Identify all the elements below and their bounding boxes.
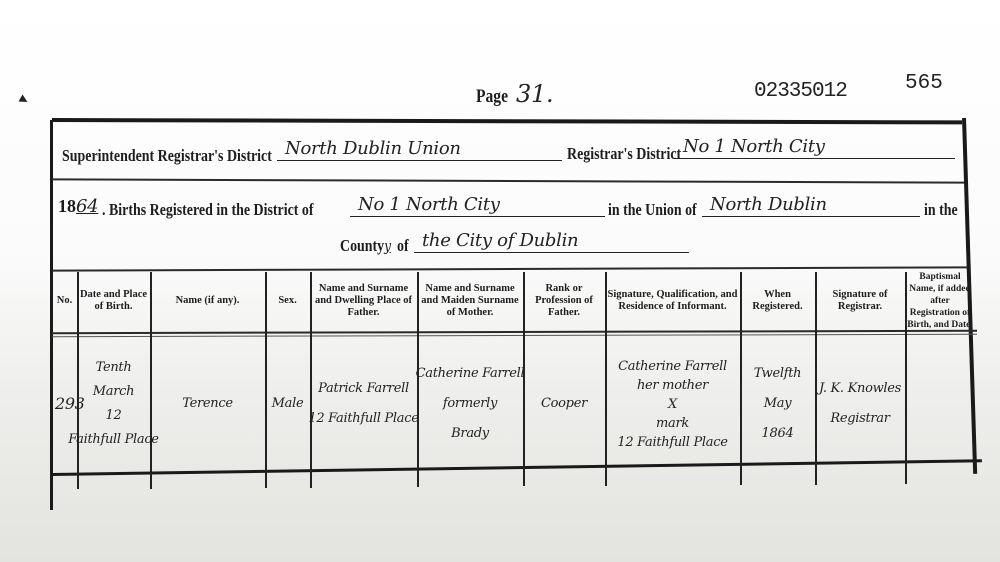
sex-text: Male — [272, 389, 304, 419]
when-registered-text: Twelfth — [754, 359, 802, 389]
column-header-label: Signature of Registrar. — [817, 289, 903, 313]
column-header-label: Sex. — [278, 295, 296, 307]
superintendent-district-field: North Dublin Union — [277, 136, 562, 161]
column-header-label: Name and Surname and Dwelling Place of F… — [312, 283, 415, 319]
cell-father-profession: Cooper — [526, 338, 602, 470]
mother-text: Brady — [451, 419, 489, 449]
year: 1864 — [58, 196, 98, 217]
cell-birth-date-place: TenthMarch12Faithfull Place — [80, 338, 147, 470]
column-header-label: No. — [57, 295, 72, 307]
cell-registrar-signature: J. K. KnowlesRegistrar — [818, 338, 902, 470]
father-text: 12 Faithfull Place — [308, 404, 418, 434]
divider — [52, 178, 964, 183]
mother-text: formerly — [443, 389, 497, 419]
registration-district-value: No 1 North City — [358, 194, 500, 215]
mother-text: Catherine Farrell — [416, 359, 525, 389]
when-registered-text: 1864 — [762, 419, 794, 449]
year-suffix: 64 — [76, 196, 98, 217]
cell-when-registered: TwelfthMay1864 — [743, 338, 812, 470]
union-label: in the Union of — [608, 200, 697, 220]
column-divider — [523, 272, 525, 486]
births-label: . Births Registered in the District of — [102, 200, 314, 220]
informant-text: Catherine Farrell — [618, 357, 727, 376]
column-header-father-profession: Rank or Profession of Father. — [525, 272, 603, 330]
registrar-signature-text: J. K. Knowles — [819, 374, 901, 404]
cell-mother: Catherine FarrellformerlyBrady — [420, 338, 520, 470]
column-header-baptismal-name: Baptismal Name, if added after Registrat… — [907, 272, 973, 330]
informant-text: X — [668, 395, 677, 414]
column-divider — [815, 272, 817, 485]
superintendent-district-label: Superintendent Registrar's District — [62, 146, 272, 166]
cell-father: Patrick Farrell12 Faithfull Place — [313, 338, 414, 470]
county-suffix: y — [384, 237, 391, 255]
column-divider — [905, 272, 907, 484]
column-header-no: No. — [54, 272, 75, 330]
page-label: Page — [476, 86, 508, 108]
birth-date-place-text: 12 — [106, 404, 122, 428]
registrar-district-field: No 1 North City — [675, 134, 955, 159]
column-header-mother: Name and Surname and Maiden Surname of M… — [419, 272, 521, 330]
column-divider — [265, 272, 267, 488]
column-divider — [310, 272, 312, 488]
column-header-label: Name (if any). — [176, 295, 240, 307]
in-the-label: in the — [924, 200, 958, 220]
column-divider — [77, 272, 79, 489]
of-label: of — [397, 236, 409, 256]
cell-sex: Male — [268, 338, 307, 470]
column-header-label: Date and Place of Birth. — [79, 289, 148, 313]
year-prefix: 18 — [58, 196, 76, 216]
father-text: Patrick Farrell — [318, 374, 409, 404]
column-header-father: Name and Surname and Dwelling Place of F… — [312, 272, 415, 330]
column-header-when-registered: When Registered. — [742, 272, 813, 330]
county-field: the City of Dublin — [414, 226, 689, 253]
birth-date-place-text: Faithfull Place — [68, 428, 158, 452]
birth-date-place-text: March — [93, 380, 134, 404]
registration-district-field: No 1 North City — [350, 190, 605, 217]
folio-number: 565 — [905, 72, 943, 95]
registrar-district-label: Registrar's District — [567, 144, 681, 164]
scan-mark — [19, 95, 30, 106]
column-header-sex: Sex. — [267, 272, 308, 330]
registrar-district-value: No 1 North City — [683, 136, 825, 157]
frame-top-border — [52, 118, 962, 124]
column-header-label: Signature, Qualification, and Residence … — [607, 289, 738, 313]
reference-number: 02335012 — [754, 80, 847, 103]
child-name-text: Terence — [182, 389, 233, 419]
registrar-signature-text: Registrar — [830, 404, 889, 434]
cell-informant: Catherine Farrellher motherXmark12 Faith… — [608, 338, 737, 470]
column-header-label: Name and Surname and Maiden Surname of M… — [419, 283, 521, 319]
header-divider-thin — [52, 334, 977, 337]
union-value: North Dublin — [710, 194, 827, 215]
birth-date-place-text: Tenth — [96, 356, 132, 380]
column-divider — [417, 272, 419, 487]
page-number: 31. — [516, 80, 553, 108]
county-value: the City of Dublin — [422, 230, 578, 251]
father-profession-text: Cooper — [541, 389, 587, 419]
county-label: Countyy — [340, 236, 391, 256]
column-header-child-name: Name (if any). — [152, 272, 263, 330]
cell-child-name: Terence — [153, 338, 262, 470]
column-header-registrar-signature: Signature of Registrar. — [817, 272, 903, 330]
column-header-informant: Signature, Qualification, and Residence … — [607, 272, 738, 330]
column-header-label: Rank or Profession of Father. — [525, 283, 603, 319]
column-divider — [150, 272, 152, 489]
column-divider — [740, 272, 742, 485]
county-word: County — [340, 236, 384, 255]
when-registered-text: May — [764, 389, 792, 419]
column-header-label: Baptismal Name, if added after Registrat… — [907, 271, 973, 331]
column-divider — [605, 272, 607, 486]
cell-baptismal-name — [908, 338, 972, 470]
superintendent-district-value: North Dublin Union — [285, 138, 461, 159]
informant-text: her mother — [637, 376, 708, 395]
union-field: North Dublin — [702, 190, 920, 217]
column-header-birth-date-place: Date and Place of Birth. — [79, 272, 148, 330]
informant-text: mark — [656, 414, 689, 433]
informant-text: 12 Faithfull Place — [617, 433, 727, 452]
divider — [52, 266, 967, 271]
column-header-label: When Registered. — [742, 289, 813, 313]
